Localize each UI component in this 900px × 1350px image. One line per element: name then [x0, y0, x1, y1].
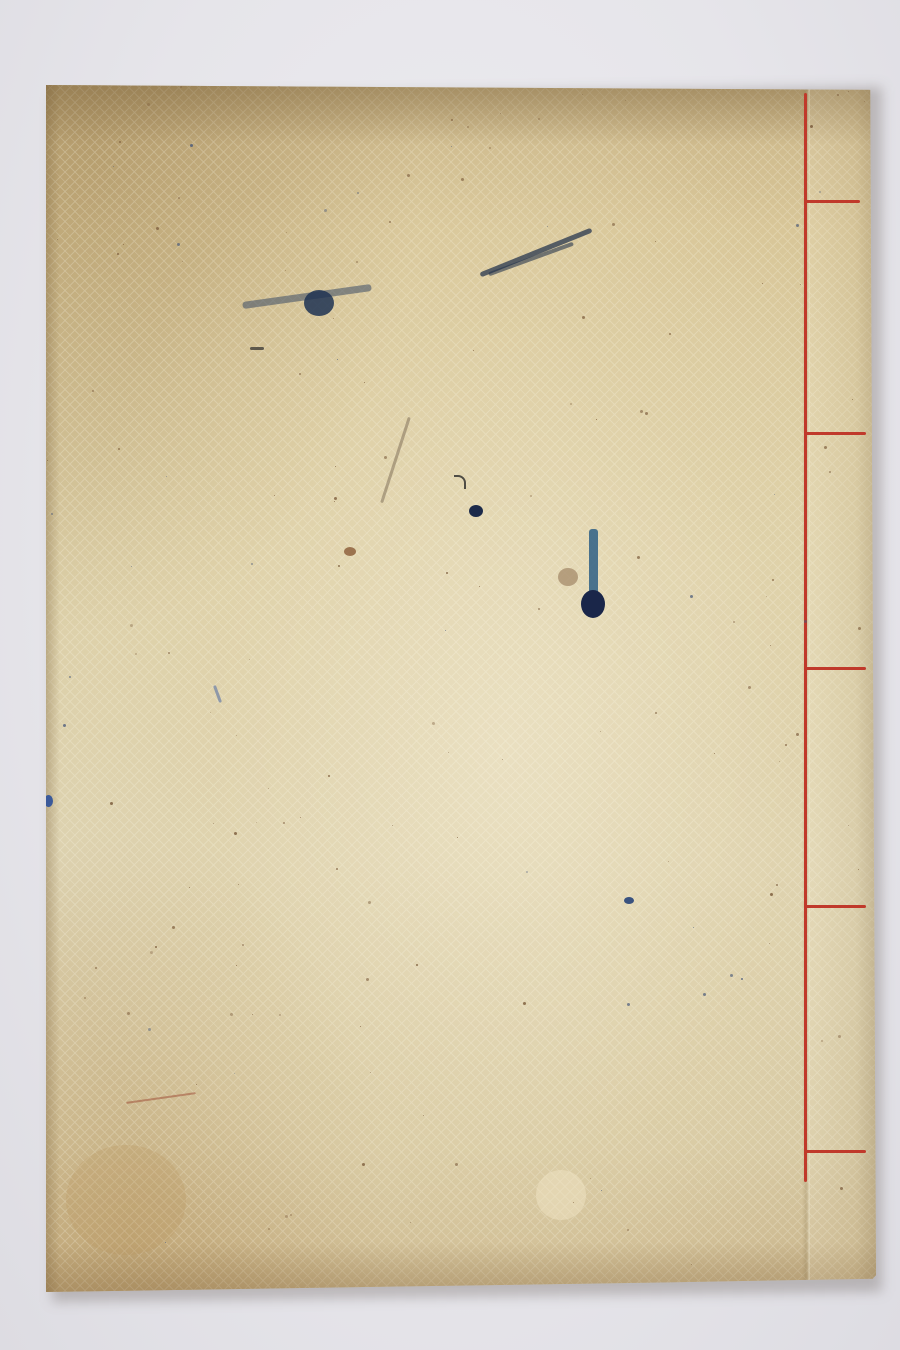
paper-speck [338, 565, 340, 567]
worn-left-edge [46, 85, 60, 1292]
paper-speck [714, 753, 715, 754]
paper-speck [526, 871, 528, 873]
paper-speck [627, 1003, 630, 1006]
binding-stitch [804, 905, 866, 908]
brown-stain-bottom-left [66, 1145, 186, 1255]
paper-speck [299, 373, 301, 375]
paper-speck [848, 825, 849, 826]
paper-speck [640, 410, 643, 413]
ink-hook-mark [454, 475, 466, 489]
paper-speck [110, 802, 113, 805]
paper-speck [612, 223, 615, 226]
paper-speck [234, 832, 237, 835]
paper-speck [848, 91, 849, 92]
paper-speck [804, 620, 807, 623]
paper-speck [770, 893, 773, 896]
paper-speck [51, 513, 53, 515]
ink-tick-left [250, 347, 264, 350]
lattice-texture [46, 85, 876, 1292]
paper-speck [238, 884, 239, 885]
paper-speck [368, 901, 371, 904]
paper-speck [774, 494, 775, 495]
paper-speck [69, 676, 71, 678]
paper-speck [655, 712, 657, 714]
binding-thread-vertical [804, 93, 807, 1182]
paper-speck [236, 965, 237, 966]
paper-speck [360, 1026, 361, 1027]
paper-speck [249, 659, 250, 660]
binding-stitch [804, 200, 860, 203]
paper-speck [668, 861, 669, 862]
paper-speck [772, 579, 774, 581]
paper-speck [473, 350, 474, 351]
paper-speck [168, 652, 170, 654]
paper-speck [166, 476, 167, 477]
paper-speck [785, 744, 787, 746]
paper-speck [335, 466, 336, 467]
worn-top-edge [46, 85, 876, 145]
paper-speck [252, 1014, 253, 1015]
paper-speck [336, 868, 338, 870]
paper-speck [645, 412, 648, 415]
paper-speck [432, 722, 435, 725]
paper-speck [625, 100, 626, 101]
paper-speck [236, 735, 237, 736]
paper-speck [190, 144, 193, 147]
paper-speck [691, 1264, 692, 1265]
paper-speck [637, 556, 640, 559]
paper-speck [123, 244, 124, 245]
paper-speck [357, 192, 359, 194]
paper-speck [274, 495, 275, 496]
paper-speck [838, 1035, 841, 1038]
paper-speck [92, 390, 94, 392]
ink-blot-upper-left [304, 290, 334, 316]
paper-speck [242, 944, 244, 946]
paper-speck [196, 1084, 197, 1085]
paper-speck [286, 232, 287, 233]
paper-speck [523, 1002, 526, 1005]
paper-speck [95, 967, 97, 969]
paper-speck [268, 1228, 270, 1230]
paper-speck [530, 495, 532, 497]
paper-speck [117, 253, 119, 255]
paper-speck [268, 788, 269, 789]
spine-flap [808, 85, 876, 1292]
paper-speck [234, 1073, 235, 1074]
paper-speck [130, 624, 133, 627]
paper-speck [279, 1014, 281, 1016]
paper-speck [283, 822, 285, 824]
paper-speck [479, 586, 480, 587]
paper-speck [627, 1229, 629, 1231]
paper-speck [118, 448, 120, 450]
paper-speck [256, 822, 257, 823]
paper-speck [810, 125, 813, 128]
binding-stitch [804, 667, 866, 670]
paper-speck [178, 197, 180, 199]
paper-speck [796, 224, 799, 227]
water-stain-bottom [536, 1170, 586, 1220]
paper-speck [821, 1040, 823, 1042]
paper-speck [131, 566, 132, 567]
paper-speck [150, 951, 153, 954]
paper-speck [538, 608, 540, 610]
paper-speck [127, 1012, 130, 1015]
paper-speck [334, 501, 335, 502]
paper-speck [762, 283, 763, 284]
paper-speck [448, 752, 449, 753]
paper-speck [864, 101, 865, 102]
paper-speck [766, 596, 767, 597]
paper-speck [189, 887, 190, 888]
paper-speck [770, 645, 771, 646]
paper-speck [596, 419, 597, 420]
paper-speck [182, 261, 183, 262]
paper-speck [337, 359, 338, 360]
brown-stain-center [558, 568, 578, 586]
paper-speck [407, 174, 410, 177]
paper-speck [384, 456, 387, 459]
paper-speck [776, 884, 778, 886]
paper-speck [366, 978, 369, 981]
paper-speck [601, 1190, 602, 1191]
brown-spot [344, 547, 356, 556]
binding-stitch [804, 1150, 866, 1153]
paper-speck [119, 141, 121, 143]
paper-speck [669, 333, 671, 335]
paper-speck [733, 621, 735, 623]
paper-speck [180, 86, 182, 88]
binding-stitch [804, 432, 866, 435]
paper-speck [451, 119, 453, 121]
paper-speck [57, 239, 58, 240]
paper-speck [230, 1013, 233, 1016]
paper-speck [741, 978, 743, 980]
paper-speck [416, 964, 418, 966]
paper-speck [446, 572, 448, 574]
paper-speck [324, 209, 327, 212]
paper-speck [489, 147, 491, 149]
paper-speck [502, 759, 503, 760]
paper-speck [285, 1215, 288, 1218]
paper-speck [582, 94, 583, 95]
paper-speck [852, 399, 853, 400]
paper-speck [748, 686, 751, 689]
paper-speck [800, 284, 801, 285]
ink-dot-center [469, 505, 483, 517]
paper-speck [538, 118, 540, 120]
paper-speck [364, 382, 365, 383]
paper-speck [290, 1214, 292, 1216]
paper-speck [177, 243, 180, 246]
paper-speck [769, 943, 770, 944]
paper-speck [172, 926, 175, 929]
ink-drop [581, 590, 605, 618]
paper-speck [824, 446, 827, 449]
paper-speck [84, 997, 86, 999]
paper-speck [547, 226, 548, 227]
paper-speck [690, 595, 693, 598]
paper-speck [47, 460, 48, 461]
paper-speck [858, 627, 861, 630]
paper-speck [461, 178, 464, 181]
paper-speck [423, 1115, 424, 1116]
paper-speck [837, 94, 839, 96]
paper-speck [362, 1163, 365, 1166]
paper-speck [500, 113, 501, 114]
paper-speck [858, 869, 859, 870]
ink-vertical-stroke [589, 529, 598, 599]
paper-speck [210, 712, 211, 713]
paper-speck [600, 731, 601, 732]
paper-speck [582, 316, 585, 319]
paper-speck [819, 191, 821, 193]
paper-speck [779, 761, 780, 762]
paper-speck [829, 471, 831, 473]
paper-speck [410, 1222, 411, 1223]
paper-speck [113, 166, 114, 167]
paper-speck [455, 1163, 458, 1166]
paper-speck [148, 1028, 151, 1031]
book-cover [46, 85, 876, 1292]
paper-speck [451, 146, 452, 147]
paper-speck [570, 403, 572, 405]
paper-speck [213, 823, 214, 824]
paper-speck [655, 241, 656, 242]
paper-speck [590, 1178, 591, 1179]
paper-speck [156, 227, 159, 230]
paper-speck [840, 1187, 843, 1190]
paper-speck [703, 993, 706, 996]
paper-speck [165, 1242, 166, 1243]
ink-dot-lower [624, 897, 634, 904]
paper-speck [285, 270, 286, 271]
paper-speck [155, 946, 157, 948]
paper-speck [445, 630, 446, 631]
paper-speck [796, 733, 799, 736]
paper-speck [573, 1202, 574, 1203]
paper-speck [333, 318, 334, 319]
paper-speck [63, 724, 66, 727]
paper-speck [251, 563, 253, 565]
paper-speck [147, 103, 150, 106]
paper-speck [328, 775, 330, 777]
paper-speck [730, 974, 733, 977]
paper-speck [370, 1072, 371, 1073]
paper-speck [389, 221, 391, 223]
paper-speck [300, 817, 301, 818]
paper-speck [356, 261, 358, 263]
paper-speck [457, 837, 458, 838]
paper-speck [392, 825, 393, 826]
paper-speck [135, 653, 137, 655]
paper-speck [334, 497, 337, 500]
paper-speck [467, 126, 469, 128]
paper-speck [693, 927, 694, 928]
